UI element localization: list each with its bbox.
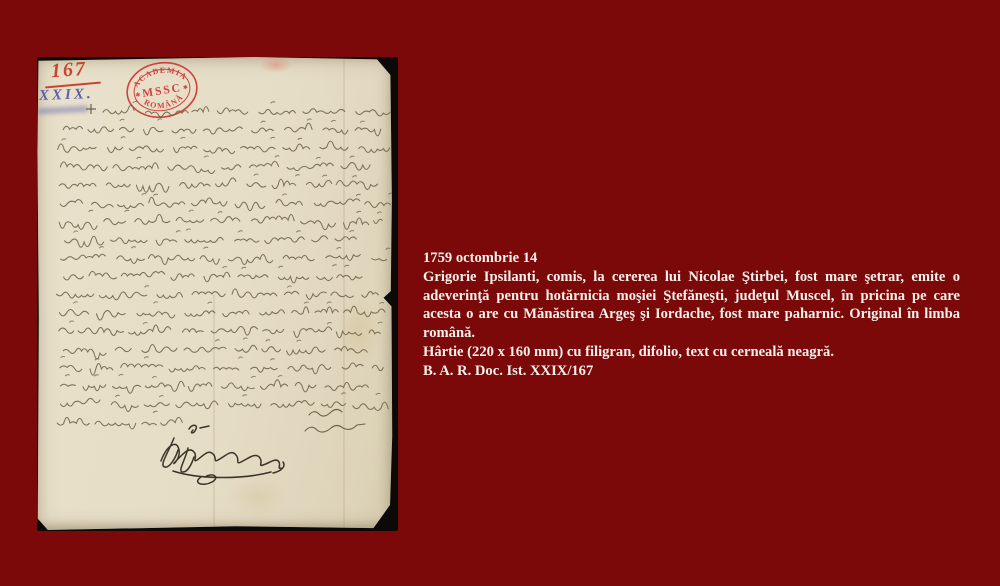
caption-reference: B. A. R. Doc. Ist. XXIX/167 xyxy=(423,362,960,381)
caption-date: 1759 octombrie 14 xyxy=(423,249,960,268)
date-notation-squiggle xyxy=(305,410,365,433)
manuscript-paper: 167 XXIX. ACADEMIA MSSC ROMÂNĂ ✱ ✱ xyxy=(37,57,398,531)
diacritic-marks xyxy=(61,101,393,412)
manuscript-photo: 167 XXIX. ACADEMIA MSSC ROMÂNĂ ✱ ✱ xyxy=(37,57,398,531)
opening-cross-icon xyxy=(86,104,96,114)
signature-flourish xyxy=(161,425,284,484)
handwritten-text xyxy=(37,57,398,531)
caption-block: 1759 octombrie 14 Grigorie Ipsilanti, co… xyxy=(423,249,960,381)
caption-description: Grigorie Ipsilanti, comis, la cererea lu… xyxy=(423,268,960,343)
archive-catalog-page: { "page": { "background_color": "#7c0909… xyxy=(0,0,1000,586)
caption-material: Hârtie (220 x 160 mm) cu filigran, difol… xyxy=(423,343,960,362)
